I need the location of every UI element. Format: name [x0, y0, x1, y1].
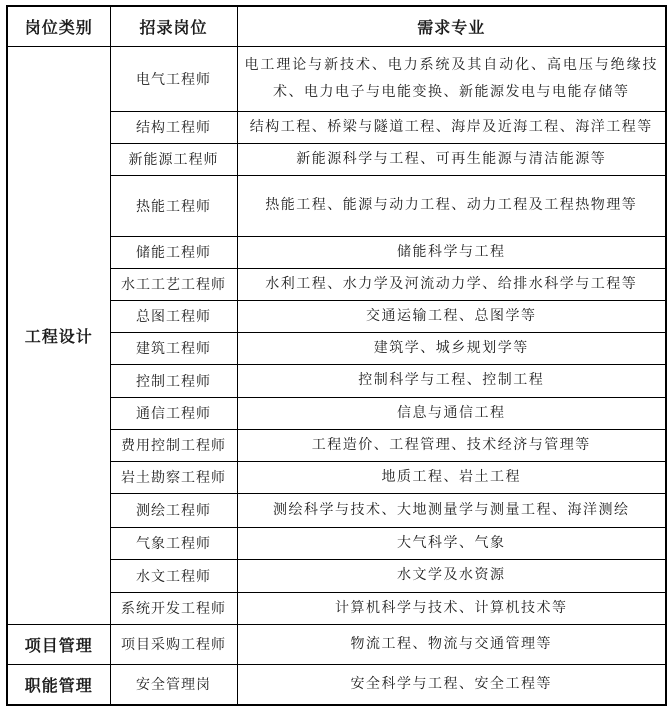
table-row: 职能管理安全管理岗安全科学与工程、安全工程等: [7, 664, 666, 705]
position-cell: 控制工程师: [110, 364, 237, 397]
position-cell: 新能源工程师: [110, 143, 237, 175]
position-cell: 通信工程师: [110, 397, 237, 429]
position-cell: 结构工程师: [110, 111, 237, 143]
table-row: 项目管理项目采购工程师物流工程、物流与交通管理等: [7, 624, 666, 664]
col-header-position: 招录岗位: [110, 6, 237, 46]
position-cell: 系统开发工程师: [110, 592, 237, 624]
position-cell: 气象工程师: [110, 527, 237, 559]
majors-cell: 控制科学与工程、控制工程: [237, 364, 666, 397]
position-cell: 电气工程师: [110, 46, 237, 111]
category-cell: 项目管理: [7, 624, 110, 664]
category-cell: 工程设计: [7, 46, 110, 624]
position-cell: 热能工程师: [110, 175, 237, 236]
majors-cell: 电工理论与新技术、电力系统及其自动化、高电压与绝缘技术、电力电子与电能变换、新能…: [237, 46, 666, 111]
majors-cell: 地质工程、岩土工程: [237, 461, 666, 493]
majors-cell: 水文学及水资源: [237, 559, 666, 592]
position-cell: 建筑工程师: [110, 332, 237, 364]
position-cell: 水文工程师: [110, 559, 237, 592]
majors-cell: 计算机科学与技术、计算机技术等: [237, 592, 666, 624]
majors-cell: 水利工程、水力学及河流动力学、给排水科学与工程等: [237, 268, 666, 300]
category-cell: 职能管理: [7, 664, 110, 705]
header-row: 岗位类别 招录岗位 需求专业: [7, 6, 666, 46]
recruitment-table: 岗位类别 招录岗位 需求专业 工程设计电气工程师电工理论与新技术、电力系统及其自…: [6, 5, 667, 706]
position-cell: 水工工艺工程师: [110, 268, 237, 300]
position-cell: 费用控制工程师: [110, 429, 237, 461]
majors-cell: 结构工程、桥梁与隧道工程、海岸及近海工程、海洋工程等: [237, 111, 666, 143]
position-cell: 安全管理岗: [110, 664, 237, 705]
position-cell: 岩土勘察工程师: [110, 461, 237, 493]
position-cell: 测绘工程师: [110, 493, 237, 527]
position-cell: 总图工程师: [110, 300, 237, 332]
majors-cell: 热能工程、能源与动力工程、动力工程及工程热物理等: [237, 175, 666, 236]
majors-cell: 建筑学、城乡规划学等: [237, 332, 666, 364]
majors-cell: 安全科学与工程、安全工程等: [237, 664, 666, 705]
majors-cell: 储能科学与工程: [237, 236, 666, 268]
majors-cell: 工程造价、工程管理、技术经济与管理等: [237, 429, 666, 461]
majors-cell: 交通运输工程、总图学等: [237, 300, 666, 332]
majors-cell: 大气科学、气象: [237, 527, 666, 559]
position-cell: 项目采购工程师: [110, 624, 237, 664]
col-header-majors: 需求专业: [237, 6, 666, 46]
col-header-category: 岗位类别: [7, 6, 110, 46]
table-row: 工程设计电气工程师电工理论与新技术、电力系统及其自动化、高电压与绝缘技术、电力电…: [7, 46, 666, 111]
majors-cell: 信息与通信工程: [237, 397, 666, 429]
majors-cell: 测绘科学与技术、大地测量学与测量工程、海洋测绘: [237, 493, 666, 527]
position-cell: 储能工程师: [110, 236, 237, 268]
majors-cell: 物流工程、物流与交通管理等: [237, 624, 666, 664]
majors-cell: 新能源科学与工程、可再生能源与清洁能源等: [237, 143, 666, 175]
